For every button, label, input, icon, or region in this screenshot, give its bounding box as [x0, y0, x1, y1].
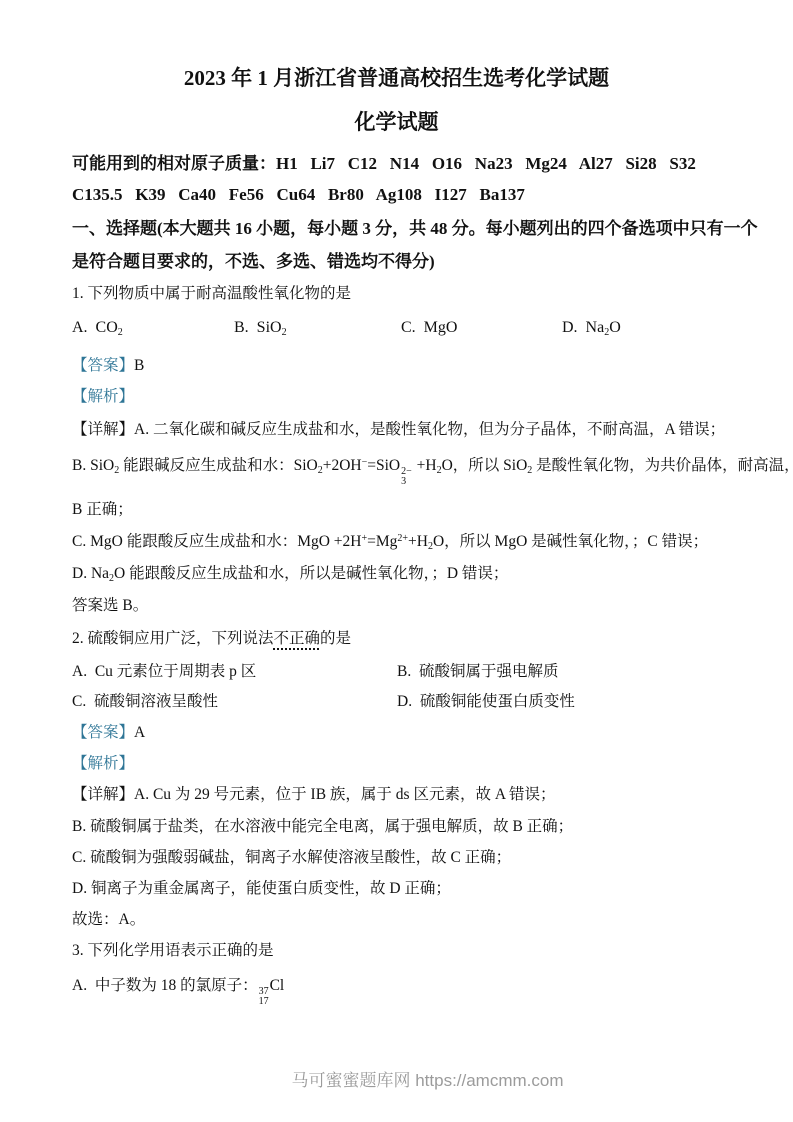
section-heading-line-1: 一、选择题(本大题共 16 小题，每小题 3 分，共 48 分。每小题列出的四个… [72, 216, 721, 242]
question-2-answer: 【答案】A [72, 722, 721, 744]
question-1-text: 1. 下列物质中属于耐高温酸性氧化物的是 [72, 283, 721, 305]
exam-document-page: 2023 年 1 月浙江省普通高校招生选考化学试题 化学试题 可能用到的相对原子… [0, 0, 793, 1122]
question-3-option-a: A. 中子数为 18 的氯原子：3717Cl [72, 973, 721, 1007]
question-2-detail-a: 【详解】A. Cu 为 29 号元素，位于 IB 族，属于 ds 区元素，故 A… [72, 784, 721, 806]
question-1-answer: 【答案】B [72, 355, 721, 377]
question-1-conclusion: 答案选 B。 [72, 595, 721, 617]
question-1-detail-a: 【详解】A. 二氧化碳和碱反应生成盐和水，是酸性氧化物，但为分子晶体，不耐高温，… [72, 419, 721, 441]
emphasized-text: 不正确 [274, 630, 321, 647]
question-1-detail-d: D. Na2O 能跟酸反应生成盐和水，所以是碱性氧化物，；D 错误； [72, 563, 721, 585]
question-1-detail-b: B. SiO2 能跟碱反应生成盐和水：SiO2+2OH−=SiO2−3 +H2O… [72, 453, 721, 487]
question-2-option-a: A. Cu 元素位于周期表 p 区 [72, 661, 397, 683]
question-1-options: A. CO2 B. SiO2 C. MgO D. Na2O [72, 316, 721, 340]
question-3-text: 3. 下列化学用语表示正确的是 [72, 940, 721, 962]
question-1-option-a: A. CO2 [72, 316, 234, 340]
question-2-detail-b: B. 硫酸铜属于盐类，在水溶液中能完全电离，属于强电解质，故 B 正确； [72, 816, 721, 838]
doc-title: 2023 年 1 月浙江省普通高校招生选考化学试题 [72, 64, 721, 92]
question-1-analysis-label: 【解析】 [72, 386, 721, 408]
question-1-option-c: C. MgO [401, 316, 562, 340]
bracket-tag: 【答案】 [72, 724, 134, 741]
question-2-analysis-label: 【解析】 [72, 753, 721, 775]
doc-subtitle: 化学试题 [72, 108, 721, 136]
question-2-conclusion: 故选：A。 [72, 909, 721, 931]
question-1-detail-b-cont: B 正确； [72, 499, 721, 521]
section-heading-line-2: 是符合题目要求的，不选、多选、错选均不得分) [72, 249, 721, 275]
question-2-options: A. Cu 元素位于周期表 p 区 B. 硫酸铜属于强电解质 C. 硫酸铜溶液呈… [72, 661, 721, 713]
question-2-detail-c: C. 硫酸铜为强酸弱碱盐，铜离子水解使溶液呈酸性，故 C 正确； [72, 847, 721, 869]
question-1-option-b: B. SiO2 [234, 316, 401, 340]
question-1-detail-c: C. MgO 能跟酸反应生成盐和水：MgO +2H+=Mg2++H2O，所以 M… [72, 531, 721, 553]
atomic-masses-line-2: C135.5 K39 Ca40 Fe56 Cu64 Br80 Ag108 I12… [72, 183, 721, 207]
atomic-masses-line-1: 可能用到的相对原子质量：H1 Li7 C12 N14 O16 Na23 Mg24… [72, 152, 721, 176]
bracket-tag: 【解析】 [72, 388, 134, 405]
question-2-option-b: B. 硫酸铜属于强电解质 [397, 661, 721, 683]
question-2-detail-d: D. 铜离子为重金属离子，能使蛋白质变性，故 D 正确； [72, 878, 721, 900]
question-1-option-d: D. Na2O [562, 316, 721, 340]
stacked-script: 2−3 [401, 467, 412, 487]
question-2-option-d: D. 硫酸铜能使蛋白质变性 [397, 691, 721, 713]
watermark-footer: 马可蜜蜜题库网 https://amcmm.com [0, 1066, 793, 1091]
bracket-tag: 【答案】 [72, 357, 134, 374]
question-2-option-c: C. 硫酸铜溶液呈酸性 [72, 691, 397, 713]
stacked-script: 3717 [259, 987, 269, 1007]
bracket-tag: 【解析】 [72, 755, 134, 772]
question-2-text: 2. 硫酸铜应用广泛，下列说法不正确的是 [72, 628, 721, 650]
